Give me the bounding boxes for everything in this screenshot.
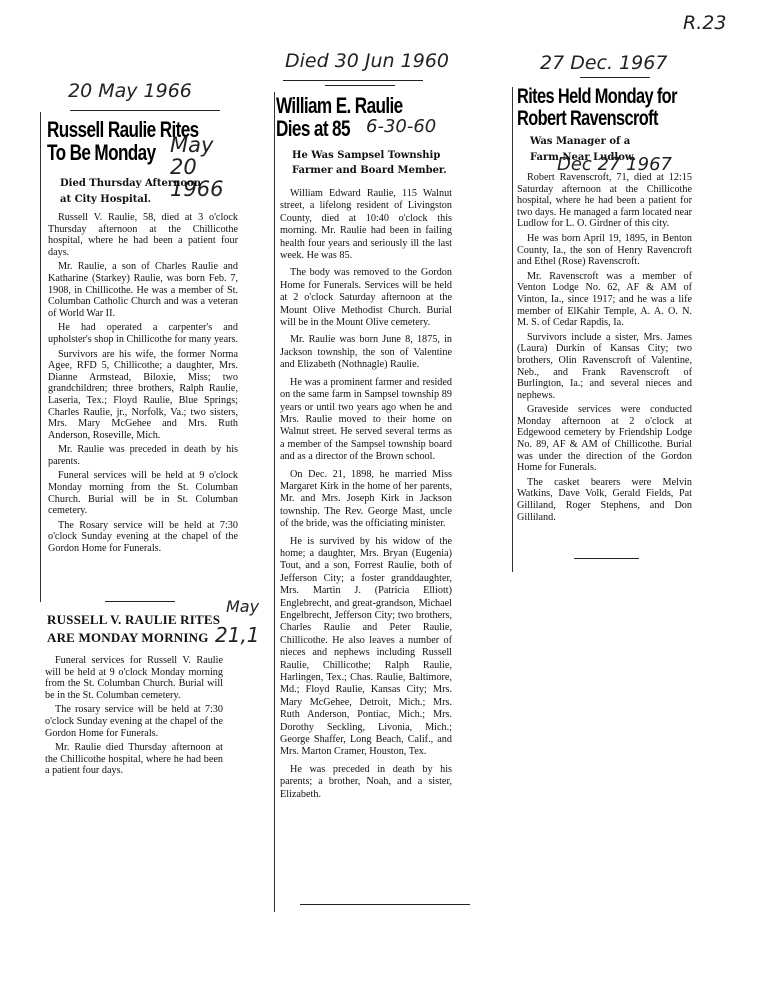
paragraph: The casket bearers were Melvin Watkins, … — [517, 477, 692, 523]
divider — [580, 77, 650, 78]
clipping-raulie-rites-monday: RUSSELL V. RAULIE RITES ARE MONDAY MORNI… — [43, 605, 243, 800]
paragraph: Russell V. Raulie, 58, died at 3 o'clock… — [48, 212, 238, 258]
handwritten-margin-date: 6-30-60 — [366, 116, 436, 137]
paragraph: On Dec. 21, 1898, he married Miss Margar… — [280, 469, 452, 531]
clipping-william-raulie: William E. Raulie Dies at 85 6-30-60 He … — [270, 92, 505, 912]
subhead-line1: He Was Sampsel Township — [292, 148, 447, 163]
paragraph: The rosary service will be held at 7:30 … — [45, 704, 223, 739]
subhead-line1: Was Manager of a — [530, 134, 636, 150]
paragraph: Funeral services will be held at 9 o'clo… — [48, 470, 238, 516]
paragraph: Mr. Raulie was preceded in death by his … — [48, 444, 238, 467]
handwritten-margin-month: May — [226, 597, 259, 616]
divider — [283, 80, 423, 81]
clipping-russell-raulie: Russell Raulie Rites To Be Monday May 20… — [40, 112, 262, 602]
subhead-line2: Farmer and Board Member. — [292, 163, 447, 178]
divider — [325, 85, 395, 86]
divider — [300, 904, 470, 905]
paragraph: Funeral services for Russell V. Raulie w… — [45, 655, 223, 701]
paragraph: Survivors include a sister, Mrs. James (… — [517, 332, 692, 402]
paragraph: Robert Ravenscroft, 71, died at 12:15 Sa… — [517, 172, 692, 230]
page-number: R.23 — [683, 12, 726, 34]
paragraph: The Rosary service will be held at 7:30 … — [48, 520, 238, 555]
paragraph: He had operated a carpenter's and uphols… — [48, 322, 238, 345]
headline-line1: RUSSELL V. RAULIE RITES — [47, 611, 220, 629]
divider — [70, 110, 220, 111]
divider — [574, 558, 639, 559]
paragraph: Mr. Ravenscroft was a member of Venton L… — [517, 271, 692, 329]
headline-line2: Robert Ravenscroft — [517, 108, 677, 130]
headline-line1: William E. Raulie — [276, 94, 403, 117]
subhead-line2: at City Hospital. — [60, 192, 201, 208]
paragraph: Graveside services were conducted Monday… — [517, 404, 692, 474]
divider — [105, 601, 175, 602]
clipping-border — [274, 92, 275, 912]
paragraph: Survivors are his wife, the former Norma… — [48, 349, 238, 442]
handwritten-date: Died 30 Jun 1960 — [285, 50, 449, 72]
paragraph: He was preceded in death by his parents;… — [280, 764, 452, 801]
paragraph: The body was removed to the Gordon Home … — [280, 267, 452, 329]
clipping-border — [512, 87, 513, 572]
handwritten-date: 27 Dec. 1967 — [540, 52, 667, 74]
clipping-border — [40, 112, 41, 602]
headline-line2: ARE MONDAY MORNING — [47, 629, 220, 647]
paragraph: He is survived by his widow of the home;… — [280, 536, 452, 759]
paragraph: Mr. Raulie, a son of Charles Raulie and … — [48, 261, 238, 319]
paragraph: William Edward Raulie, 115 Walnut street… — [280, 188, 452, 262]
paragraph: Mr. Raulie was born June 8, 1875, in Jac… — [280, 334, 452, 371]
handwritten-date: 20 May 1966 — [68, 80, 192, 102]
paragraph: He was a prominent farmer and resided on… — [280, 377, 452, 464]
paragraph: Mr. Raulie died Thursday afternoon at th… — [45, 742, 223, 777]
paragraph: He was born April 19, 1895, in Benton Co… — [517, 233, 692, 268]
clipping-robert-ravenscroft: Rites Held Monday for Robert Ravenscroft… — [512, 82, 727, 572]
subhead-line1: Died Thursday Afternoon — [60, 176, 201, 192]
handwritten-margin-day: 21,1 — [215, 623, 260, 647]
headline-line1: Rites Held Monday for — [517, 86, 677, 108]
